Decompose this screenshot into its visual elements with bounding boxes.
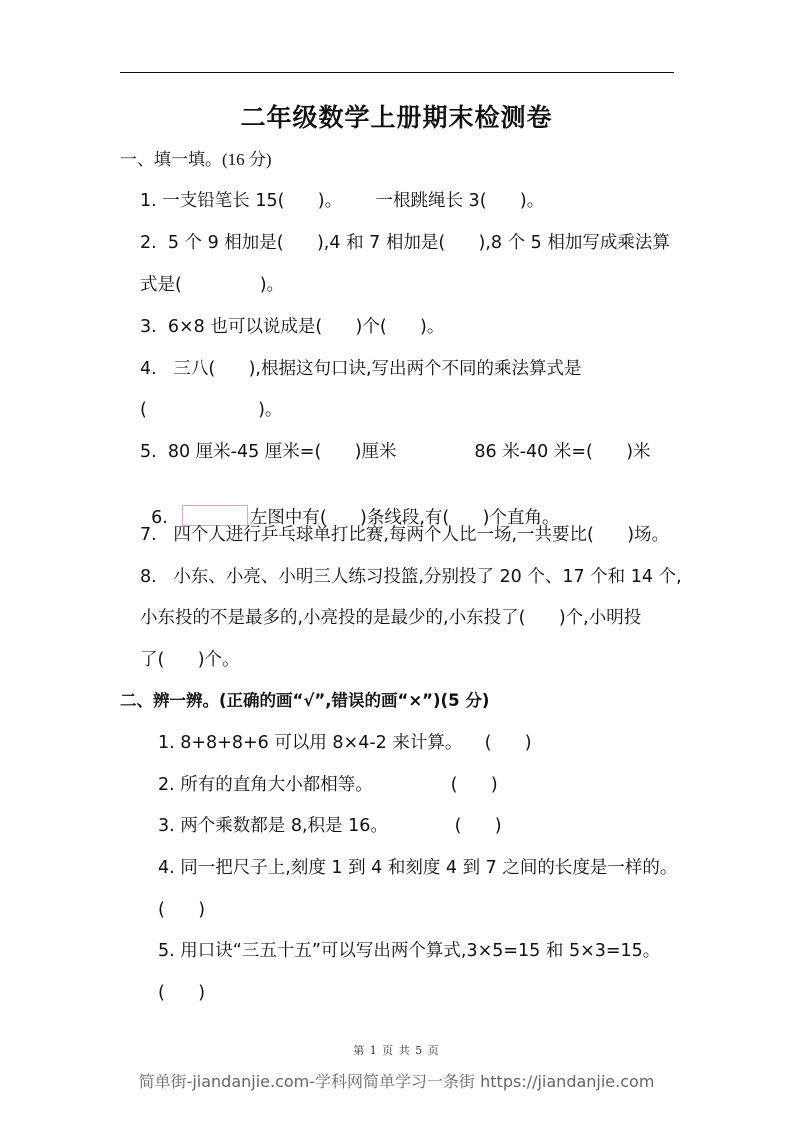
s2-q5-line1: 5. 用口诀“三五十五”可以写出两个算式,3×5=15 和 5×3=15。 [158, 939, 660, 963]
s1-q1: 1. 一支铅笔长 15( )。 一根跳绳长 3( )。 [140, 189, 544, 213]
s1-q8-line3: 了( )个。 [140, 648, 240, 672]
document-title: 二年级数学上册期末检测卷 [0, 98, 793, 134]
s1-q7: 7. 四个人进行乒乓球单打比赛,每两个人比一场,一共要比( )场。 [140, 523, 669, 547]
s2-q4-line1: 4. 同一把尺子上,刻度 1 到 4 和刻度 4 到 7 之间的长度是一样的。 [158, 856, 677, 880]
section1-heading: 一、填一填。(16 分) [120, 148, 272, 172]
s1-q8-line1: 8. 小东、小亮、小明三人练习投篮,分别投了 20 个、17 个和 14 个, [140, 565, 682, 589]
s1-q8-line2: 小东投的不是最多的,小亮投的是最少的,小东投了( )个,小明投 [140, 606, 641, 630]
header-rule [120, 72, 674, 73]
s1-q4-line2: ( )。 [140, 398, 282, 422]
s2-q1: 1. 8+8+8+6 可以用 8×4-2 来计算。 ( ) [158, 731, 532, 755]
s1-q4-line1: 4. 三八( ),根据这句口诀,写出两个不同的乘法算式是 [140, 357, 582, 381]
s2-q5-answer: ( ) [158, 981, 205, 1005]
section2-heading: 二、辨一辨。(正确的画“√”,错误的画“×”)(5 分) [120, 689, 489, 713]
page-number: 第 1 页 共 5 页 [0, 1042, 793, 1058]
s1-q5: 5. 80 厘米-45 厘米=( )厘米 86 米-40 米=( )米 [140, 440, 651, 464]
s1-q3: 3. 6×8 也可以说成是( )个( )。 [140, 315, 444, 339]
s1-q2-line1: 2. 5 个 9 相加是( ),4 和 7 相加是( ),8 个 5 相加写成乘… [140, 231, 670, 255]
s2-q3: 3. 两个乘数都是 8,积是 16。 ( ) [158, 814, 502, 838]
footer-watermark: 简单街-jiandanjie.com-学科网简单学习一条街 https://ji… [0, 1069, 793, 1092]
s2-q2: 2. 所有的直角大小都相等。 ( ) [158, 773, 498, 797]
s1-q2-line2: 式是( )。 [140, 273, 284, 297]
s2-q4-answer: ( ) [158, 898, 205, 922]
